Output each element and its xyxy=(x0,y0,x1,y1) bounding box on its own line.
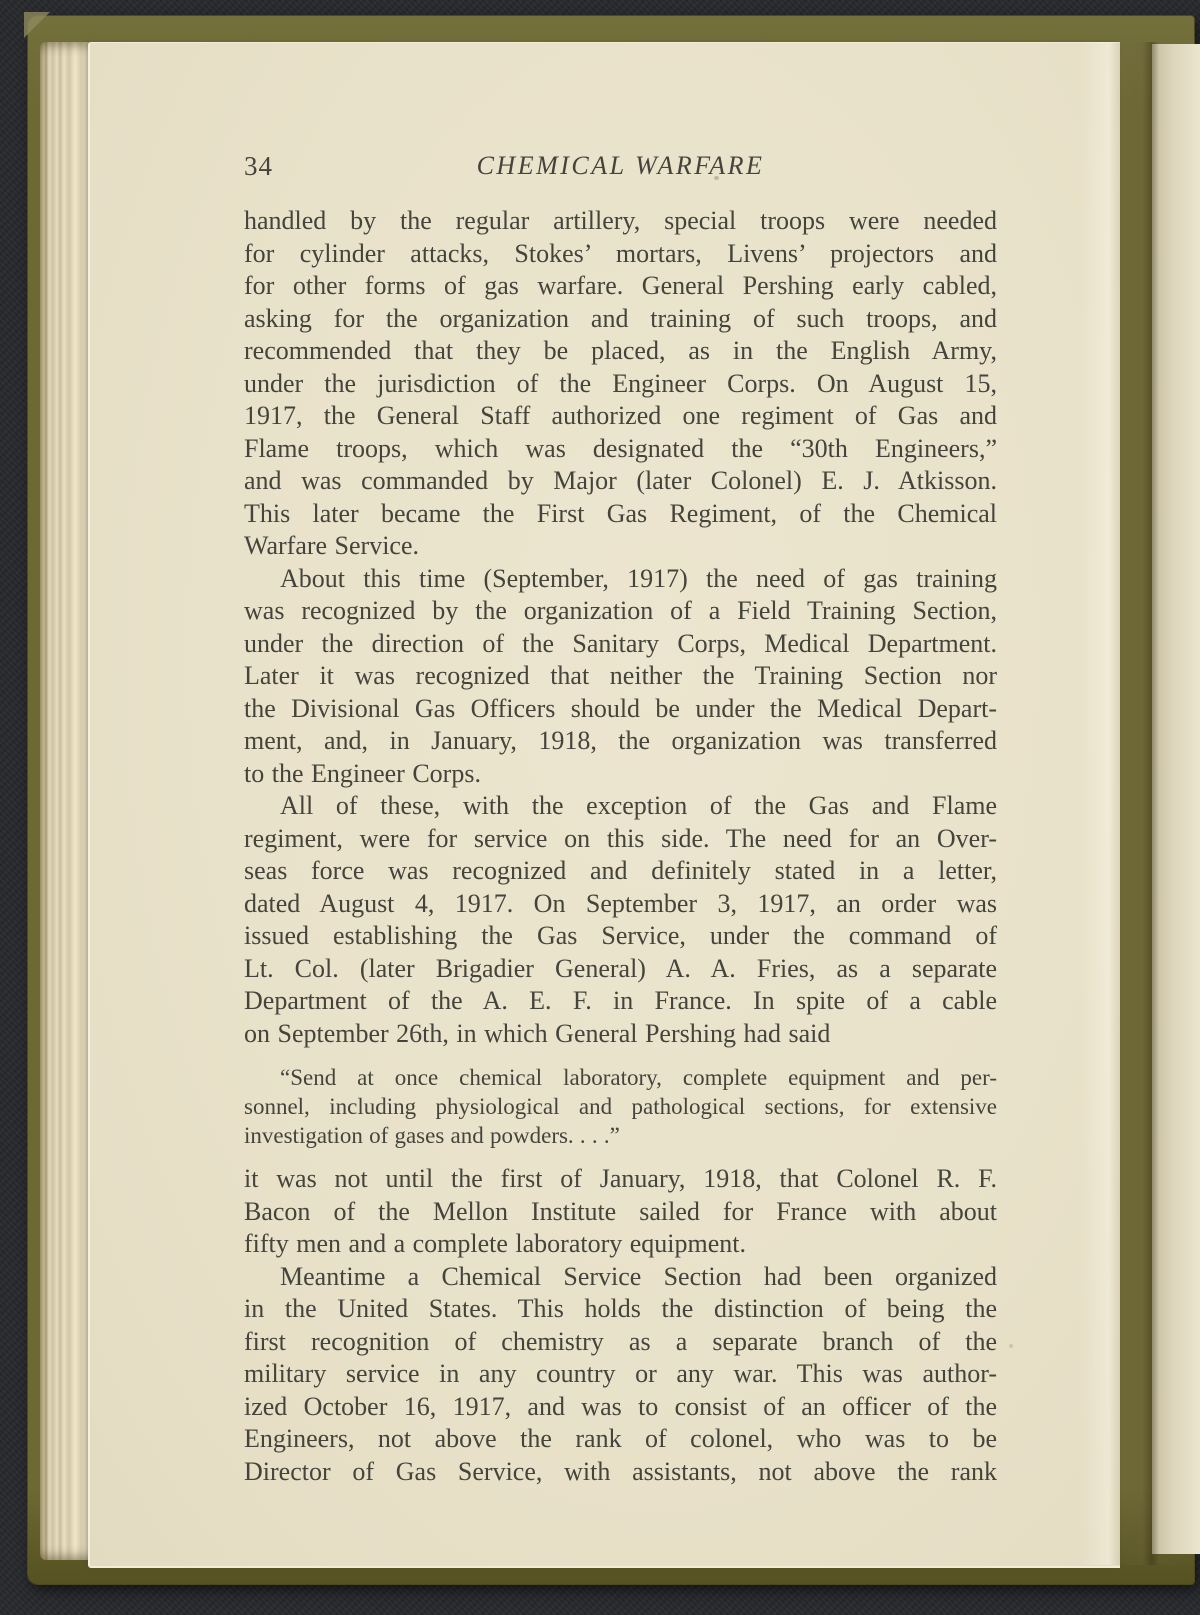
text-line: Department of the A. E. F. in France. In… xyxy=(244,985,997,1018)
paper-speck xyxy=(714,176,719,180)
text-line: and was commanded by Major (later Colone… xyxy=(244,465,997,498)
text-line: All of these, with the exception of the … xyxy=(244,790,997,823)
paragraph: About this time (September, 1917) the ne… xyxy=(244,563,997,791)
text-line: Later it was recognized that neither the… xyxy=(244,660,997,693)
text-line: asking for the organization and training… xyxy=(244,303,997,336)
text-line: for other forms of gas warfare. General … xyxy=(244,270,997,303)
page-text-block: 34 CHEMICAL WARFARE handled by the regul… xyxy=(244,145,997,1488)
paragraph: Meantime a Chemical Service Section had … xyxy=(244,1261,997,1489)
book-scan-scene: 34 CHEMICAL WARFARE handled by the regul… xyxy=(0,0,1200,1615)
quote-line: investigation of gases and powders. . . … xyxy=(244,1121,997,1150)
page-edge-stack xyxy=(40,42,90,1560)
text-line: About this time (September, 1917) the ne… xyxy=(244,563,997,596)
text-line: for cylinder attacks, Stokes’ mortars, L… xyxy=(244,238,997,271)
paragraph: All of these, with the exception of the … xyxy=(244,790,997,1050)
text-line: Meantime a Chemical Service Section had … xyxy=(244,1261,997,1294)
text-line: recommended that they be placed, as in t… xyxy=(244,335,997,368)
block-quote: “Send at once chemical laboratory, compl… xyxy=(244,1063,997,1150)
facing-page-sliver xyxy=(1152,44,1200,1554)
text-line: This later became the First Gas Regiment… xyxy=(244,498,997,531)
text-line: Director of Gas Service, with assistants… xyxy=(244,1456,997,1489)
paper-speck xyxy=(1009,1344,1013,1348)
text-line: seas force was recognized and definitely… xyxy=(244,855,997,888)
book-page: 34 CHEMICAL WARFARE handled by the regul… xyxy=(88,42,1120,1568)
text-line: it was not until the first of January, 1… xyxy=(244,1163,997,1196)
text-line: on September 26th, in which General Pers… xyxy=(244,1018,997,1051)
text-line: Engineers, not above the rank of colonel… xyxy=(244,1423,997,1456)
text-line: Lt. Col. (later Brigadier General) A. A.… xyxy=(244,953,997,986)
text-line: in the United States. This holds the dis… xyxy=(244,1293,997,1326)
text-line: under the direction of the Sanitary Corp… xyxy=(244,628,997,661)
text-line: under the jurisdiction of the Engineer C… xyxy=(244,368,997,401)
text-line: fifty men and a complete laboratory equi… xyxy=(244,1228,997,1261)
text-line: to the Engineer Corps. xyxy=(244,758,997,791)
text-line: the Divisional Gas Officers should be un… xyxy=(244,693,997,726)
paragraph: it was not until the first of January, 1… xyxy=(244,1163,997,1261)
quote-line: “Send at once chemical laboratory, compl… xyxy=(244,1063,997,1092)
text-line: Bacon of the Mellon Institute sailed for… xyxy=(244,1196,997,1229)
text-line: was recognized by the organization of a … xyxy=(244,595,997,628)
paragraph: handled by the regular artillery, specia… xyxy=(244,205,997,563)
text-line: Warfare Service. xyxy=(244,530,997,563)
text-line: regiment, were for service on this side.… xyxy=(244,823,997,856)
text-line: military service in any country or any w… xyxy=(244,1358,997,1391)
text-line: ized October 16, 1917, and was to consis… xyxy=(244,1391,997,1424)
text-line: dated August 4, 1917. On September 3, 19… xyxy=(244,888,997,921)
text-line: handled by the regular artillery, specia… xyxy=(244,205,997,238)
text-line: issued establishing the Gas Service, und… xyxy=(244,920,997,953)
text-line: Flame troops, which was designated the “… xyxy=(244,433,997,466)
running-header: CHEMICAL WARFARE xyxy=(244,151,997,181)
text-line: ment, and, in January, 1918, the organiz… xyxy=(244,725,997,758)
text-line: first recognition of chemistry as a sepa… xyxy=(244,1326,997,1359)
page-header: 34 CHEMICAL WARFARE xyxy=(244,145,997,205)
quote-line: sonnel, including physiological and path… xyxy=(244,1092,997,1121)
text-line: 1917, the General Staff authorized one r… xyxy=(244,400,997,433)
